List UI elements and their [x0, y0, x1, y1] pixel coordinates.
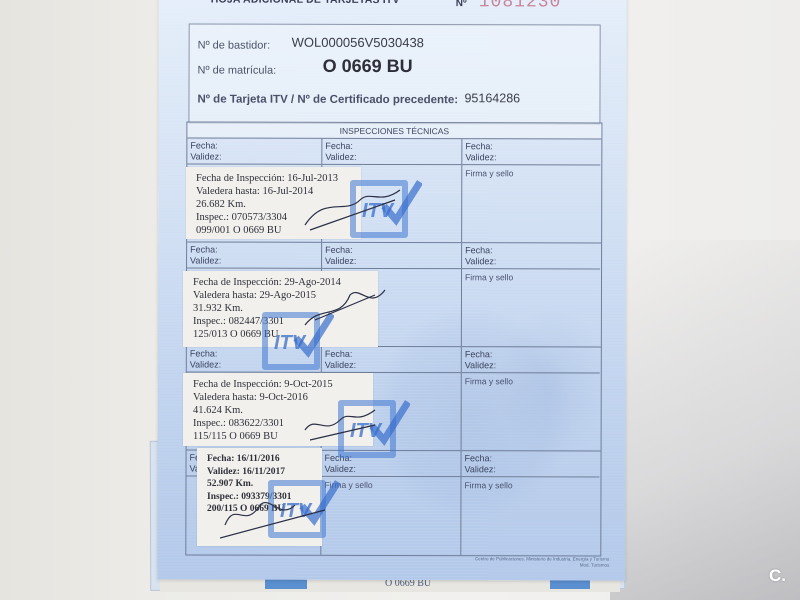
serial-label: Nº [456, 0, 467, 9]
validez-label: Validez: [190, 151, 318, 162]
bastidor-value: WOL000056V5030438 [292, 35, 424, 50]
inspection-cell: Fecha:Validez:Firma y sello [461, 451, 599, 555]
inspection-cell: Fecha:Validez:Firma y sello [462, 243, 600, 346]
fecha-label: Fecha: [465, 453, 597, 464]
validez-label: Validez: [465, 464, 597, 475]
firma-y-sello-label: Firma y sello [464, 480, 512, 490]
background-shadow [610, 240, 800, 600]
sticker-line: Fecha de Inspección: 16-Jul-2013 [196, 172, 361, 185]
bastidor-label: Nº de bastidor: [198, 39, 271, 51]
cell-header: Fecha:Validez: [462, 451, 600, 477]
validez-label: Validez: [325, 152, 458, 163]
validez-label: Validez: [465, 360, 597, 371]
cell-header: Fecha:Validez: [322, 243, 461, 269]
tarjeta-label: Nº de Tarjeta ITV / Nº de Certificado pr… [197, 93, 458, 106]
cell-header: Fecha:Validez: [462, 139, 600, 165]
validez-label: Validez: [465, 256, 597, 267]
cell-header: Fecha:Validez: [462, 347, 600, 373]
sticker-line: Fecha: 16/11/2016 [207, 453, 322, 466]
fecha-label: Fecha: [325, 349, 458, 360]
inspection-cell: Fecha:Validez:Firma y sello [321, 451, 461, 555]
fecha-label: Fecha: [325, 245, 458, 256]
validez-label: Validez: [465, 152, 597, 163]
signature-icon [300, 400, 410, 455]
inspection-cell: Fecha:Validez:Firma y sello [462, 139, 600, 242]
matricula-value: O 0669 BU [323, 56, 413, 77]
cell-header: Fecha:Validez: [187, 242, 321, 268]
cell-header: Fecha:Validez: [322, 347, 461, 373]
validez-label: Validez: [325, 464, 458, 475]
firma-y-sello-label: Firma y sello [465, 376, 513, 386]
matricula-label: Nº de matrícula: [198, 64, 277, 76]
sheet-title: HOJA ADICIONAL DE TARJETAS ITV [211, 0, 400, 6]
cell-header: Fecha:Validez: [462, 243, 600, 269]
inspections-title: INSPECCIONES TÉCNICAS [187, 122, 601, 139]
fecha-label: Fecha: [465, 141, 597, 152]
watermark-logo: C. [769, 566, 786, 586]
signature-icon [300, 185, 410, 240]
validez-label: Validez: [325, 360, 458, 371]
serial-number: 1081230 [479, 0, 562, 12]
vehicle-identification-box: Nº de bastidor: WOL000056V5030438 Nº de … [188, 23, 600, 124]
firma-y-sello-label: Firma y sello [465, 168, 513, 178]
cell-header: Fecha:Validez: [322, 139, 461, 165]
fecha-label: Fecha: [190, 140, 318, 151]
sticker-line: Validez: 16/11/2017 [207, 466, 322, 479]
validez-label: Validez: [325, 256, 458, 267]
fecha-label: Fecha: [190, 244, 318, 255]
sticker-line: Fecha de Inspección: 9-Oct-2015 [193, 378, 373, 391]
cell-header: Fecha:Validez: [187, 138, 321, 164]
blue-sticker-fragment [265, 579, 307, 589]
publisher-note: Centro de Publicaciones. Ministerio de I… [449, 556, 609, 568]
signature-icon [220, 490, 330, 545]
fecha-label: Fecha: [465, 349, 597, 360]
fecha-label: Fecha: [325, 141, 458, 152]
publisher-model: Mod. Turismos [449, 562, 609, 568]
fecha-label: Fecha: [465, 245, 597, 256]
signature-icon [300, 285, 410, 340]
tarjeta-value: 95164286 [464, 91, 520, 105]
validez-label: Validez: [190, 255, 318, 266]
inspection-cell: Fecha:Validez:Firma y sello [462, 347, 600, 450]
firma-y-sello-label: Firma y sello [465, 272, 513, 282]
